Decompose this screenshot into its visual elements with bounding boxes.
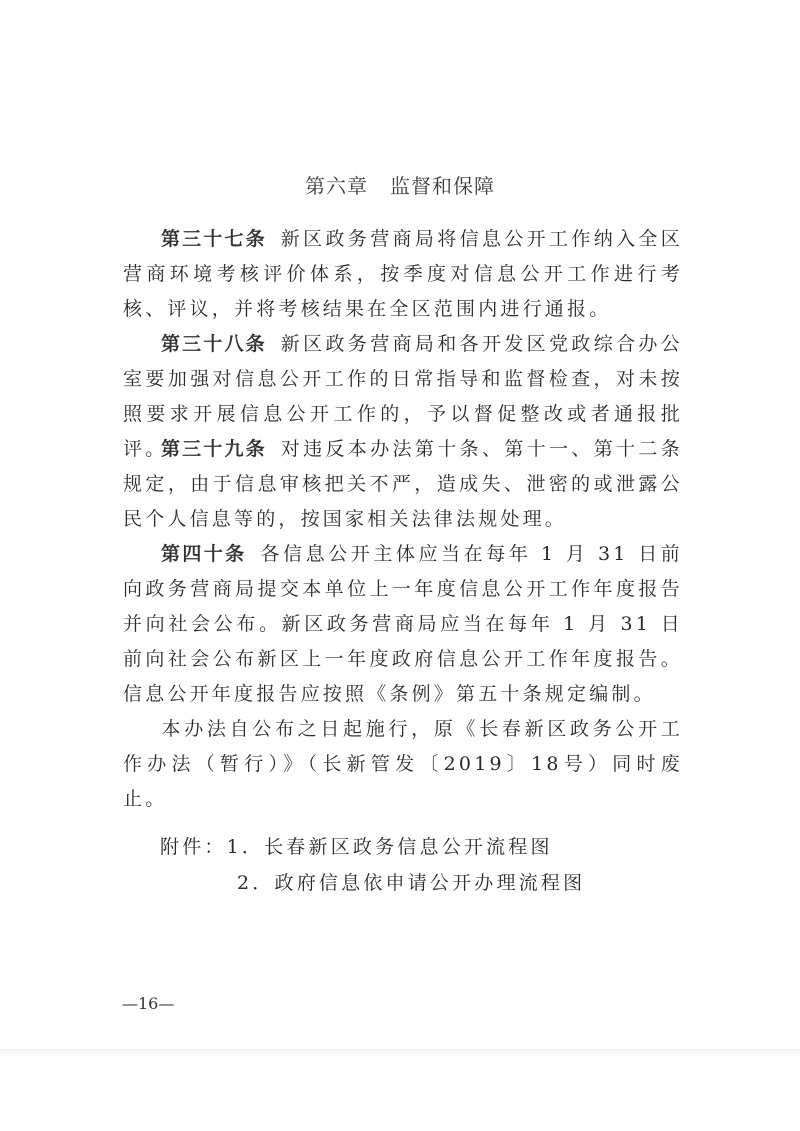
article-40: 第四十条各信息公开主体应当在每年 1 月 31 日前向政务营商局提交本单位上一年… — [123, 537, 683, 712]
article-number: 第三十七条 — [161, 228, 267, 250]
closing-paragraph: 本办法自公布之日起施行，原《长春新区政务公开工作办法（暂行）》（长新管发〔201… — [123, 712, 683, 817]
attachment-2: 2．政府信息依申请公开办理流程图 — [237, 868, 585, 895]
article-text: 各信息公开主体应当在每年 1 月 31 日前向政务营商局提交本单位上一年度信息公… — [123, 543, 683, 705]
page-number: —16— — [122, 994, 174, 1013]
article-number: 第三十八条 — [161, 333, 267, 355]
chapter-title: 监督和保障 — [390, 174, 495, 198]
closing-text: 本办法自公布之日起施行，原《长春新区政务公开工作办法（暂行）》（长新管发〔201… — [123, 718, 683, 810]
chapter-heading: 第六章监督和保障 — [0, 170, 800, 199]
attachment-item: 2．政府信息依申请公开办理流程图 — [237, 872, 585, 894]
page-bottom-divider — [0, 1049, 800, 1054]
document-page: 第六章监督和保障 第三十七条新区政务营商局将信息公开工作纳入全区营商环境考核评价… — [0, 0, 800, 1050]
attachment-1: 附件：1．长春新区政务信息公开流程图 — [160, 832, 553, 859]
article-number: 第三十九条 — [161, 438, 267, 460]
article-37: 第三十七条新区政务营商局将信息公开工作纳入全区营商环境考核评价体系，按季度对信息… — [123, 222, 683, 327]
attachment-label: 附件： — [160, 836, 227, 858]
article-39: 第三十九条对违反本办法第十条、第十一、第十二条规定，由于信息审核把关不严，造成失… — [123, 432, 683, 537]
chapter-number: 第六章 — [305, 174, 368, 198]
article-number: 第四十条 — [161, 543, 246, 565]
attachment-item: 1．长春新区政务信息公开流程图 — [227, 836, 553, 858]
